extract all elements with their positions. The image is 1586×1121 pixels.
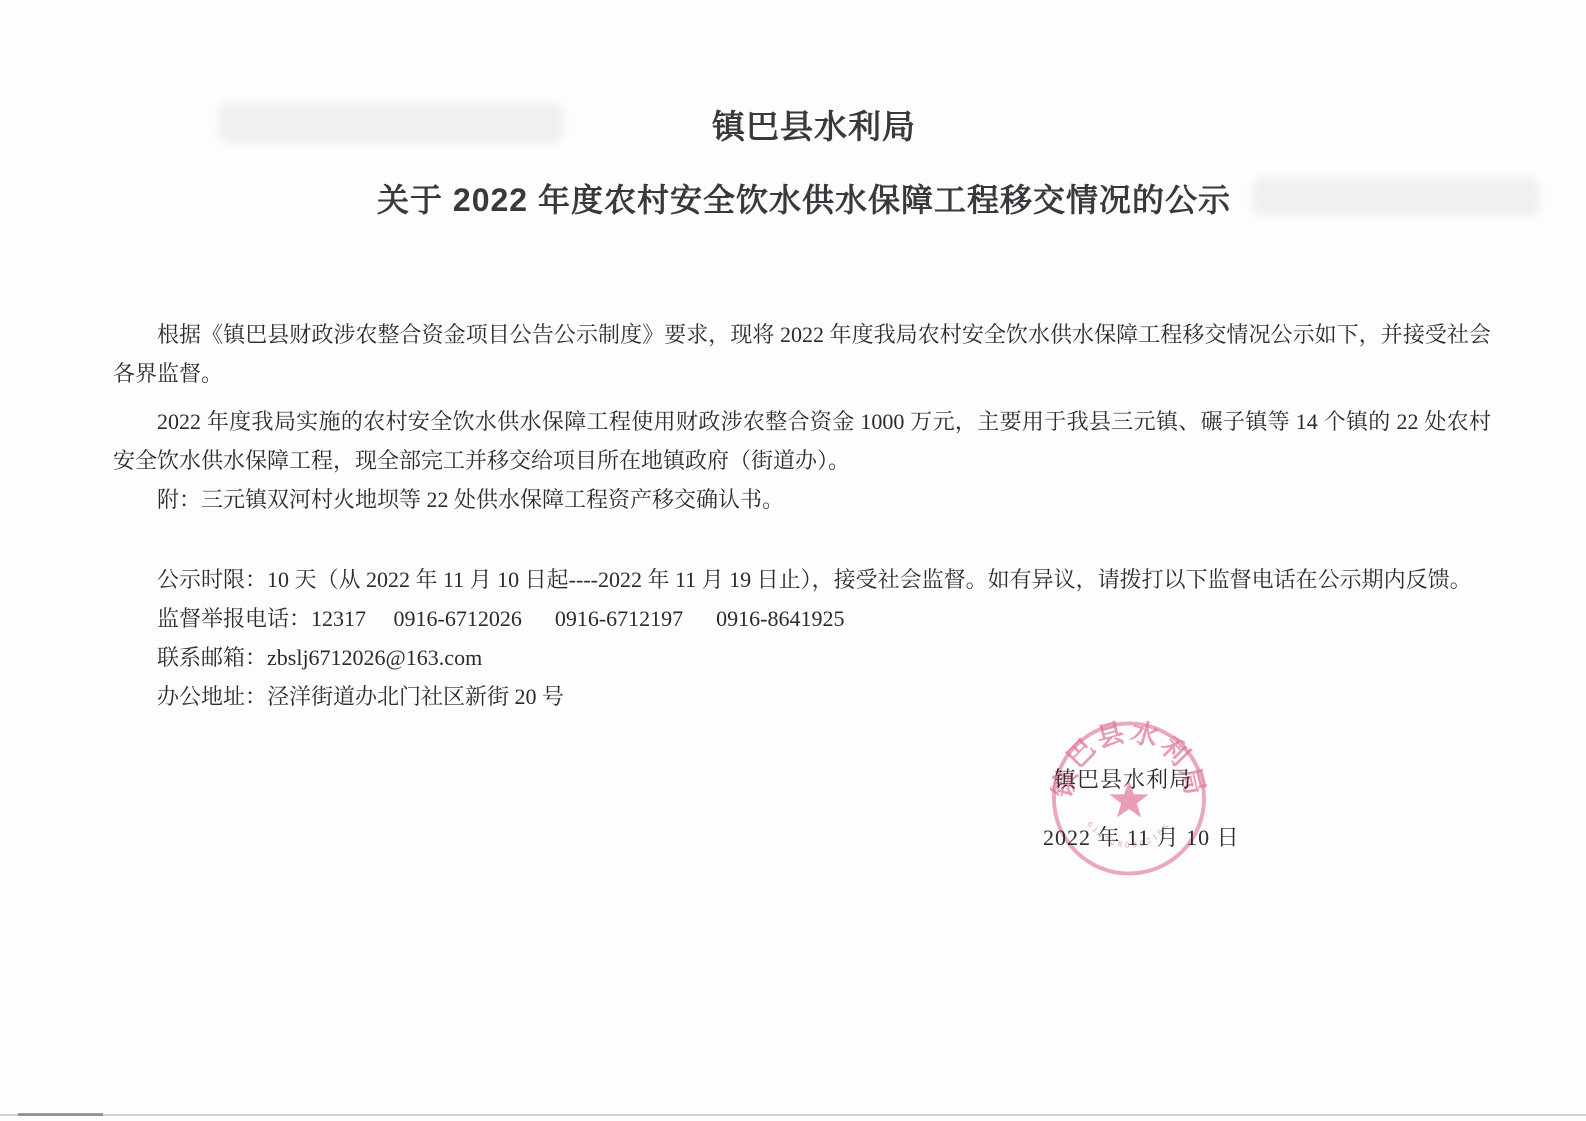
scan-edge-mark <box>18 1113 103 1116</box>
signature-date: 2022 年 11 月 10 日 <box>1043 821 1240 852</box>
email-line: 联系邮箱：zbslj6712026@163.com <box>113 638 1491 677</box>
document-title: 镇巴县水利局 <box>0 101 1586 148</box>
address-line: 办公地址：泾洋街道办北门社区新街 20 号 <box>113 677 1491 716</box>
paragraph-basis: 根据《镇巴县财政涉农整合资金项目公告公示制度》要求，现将 2022 年度我局农村… <box>113 315 1491 393</box>
document-body: 根据《镇巴县财政涉农整合资金项目公告公示制度》要求，现将 2022 年度我局农村… <box>113 315 1491 716</box>
signature-org: 镇巴县水利局 <box>1054 763 1192 794</box>
notice-period-line: 公示时限：10 天（从 2022 年 11 月 10 日起----2022 年 … <box>113 560 1491 599</box>
official-seal: 镇巴县水利局 6147280002106 <box>1050 719 1208 878</box>
paragraph-project-funds: 2022 年度我局实施的农村安全饮水供水保障工程使用财政涉农整合资金 1000 … <box>113 402 1491 480</box>
paragraph-attachment: 附：三元镇双河村火地坝等 22 处供水保障工程资产移交确认书。 <box>113 480 1491 519</box>
document-subtitle: 关于 2022 年度农村安全饮水供水保障工程移交情况的公示 <box>0 175 1586 221</box>
hotline-line: 监督举报电话：12317 0916-6712026 0916-6712197 0… <box>113 599 1491 638</box>
scan-edge-line <box>0 1114 1586 1116</box>
document-page: 镇巴县水利局 关于 2022 年度农村安全饮水供水保障工程移交情况的公示 根据《… <box>0 0 1586 1121</box>
